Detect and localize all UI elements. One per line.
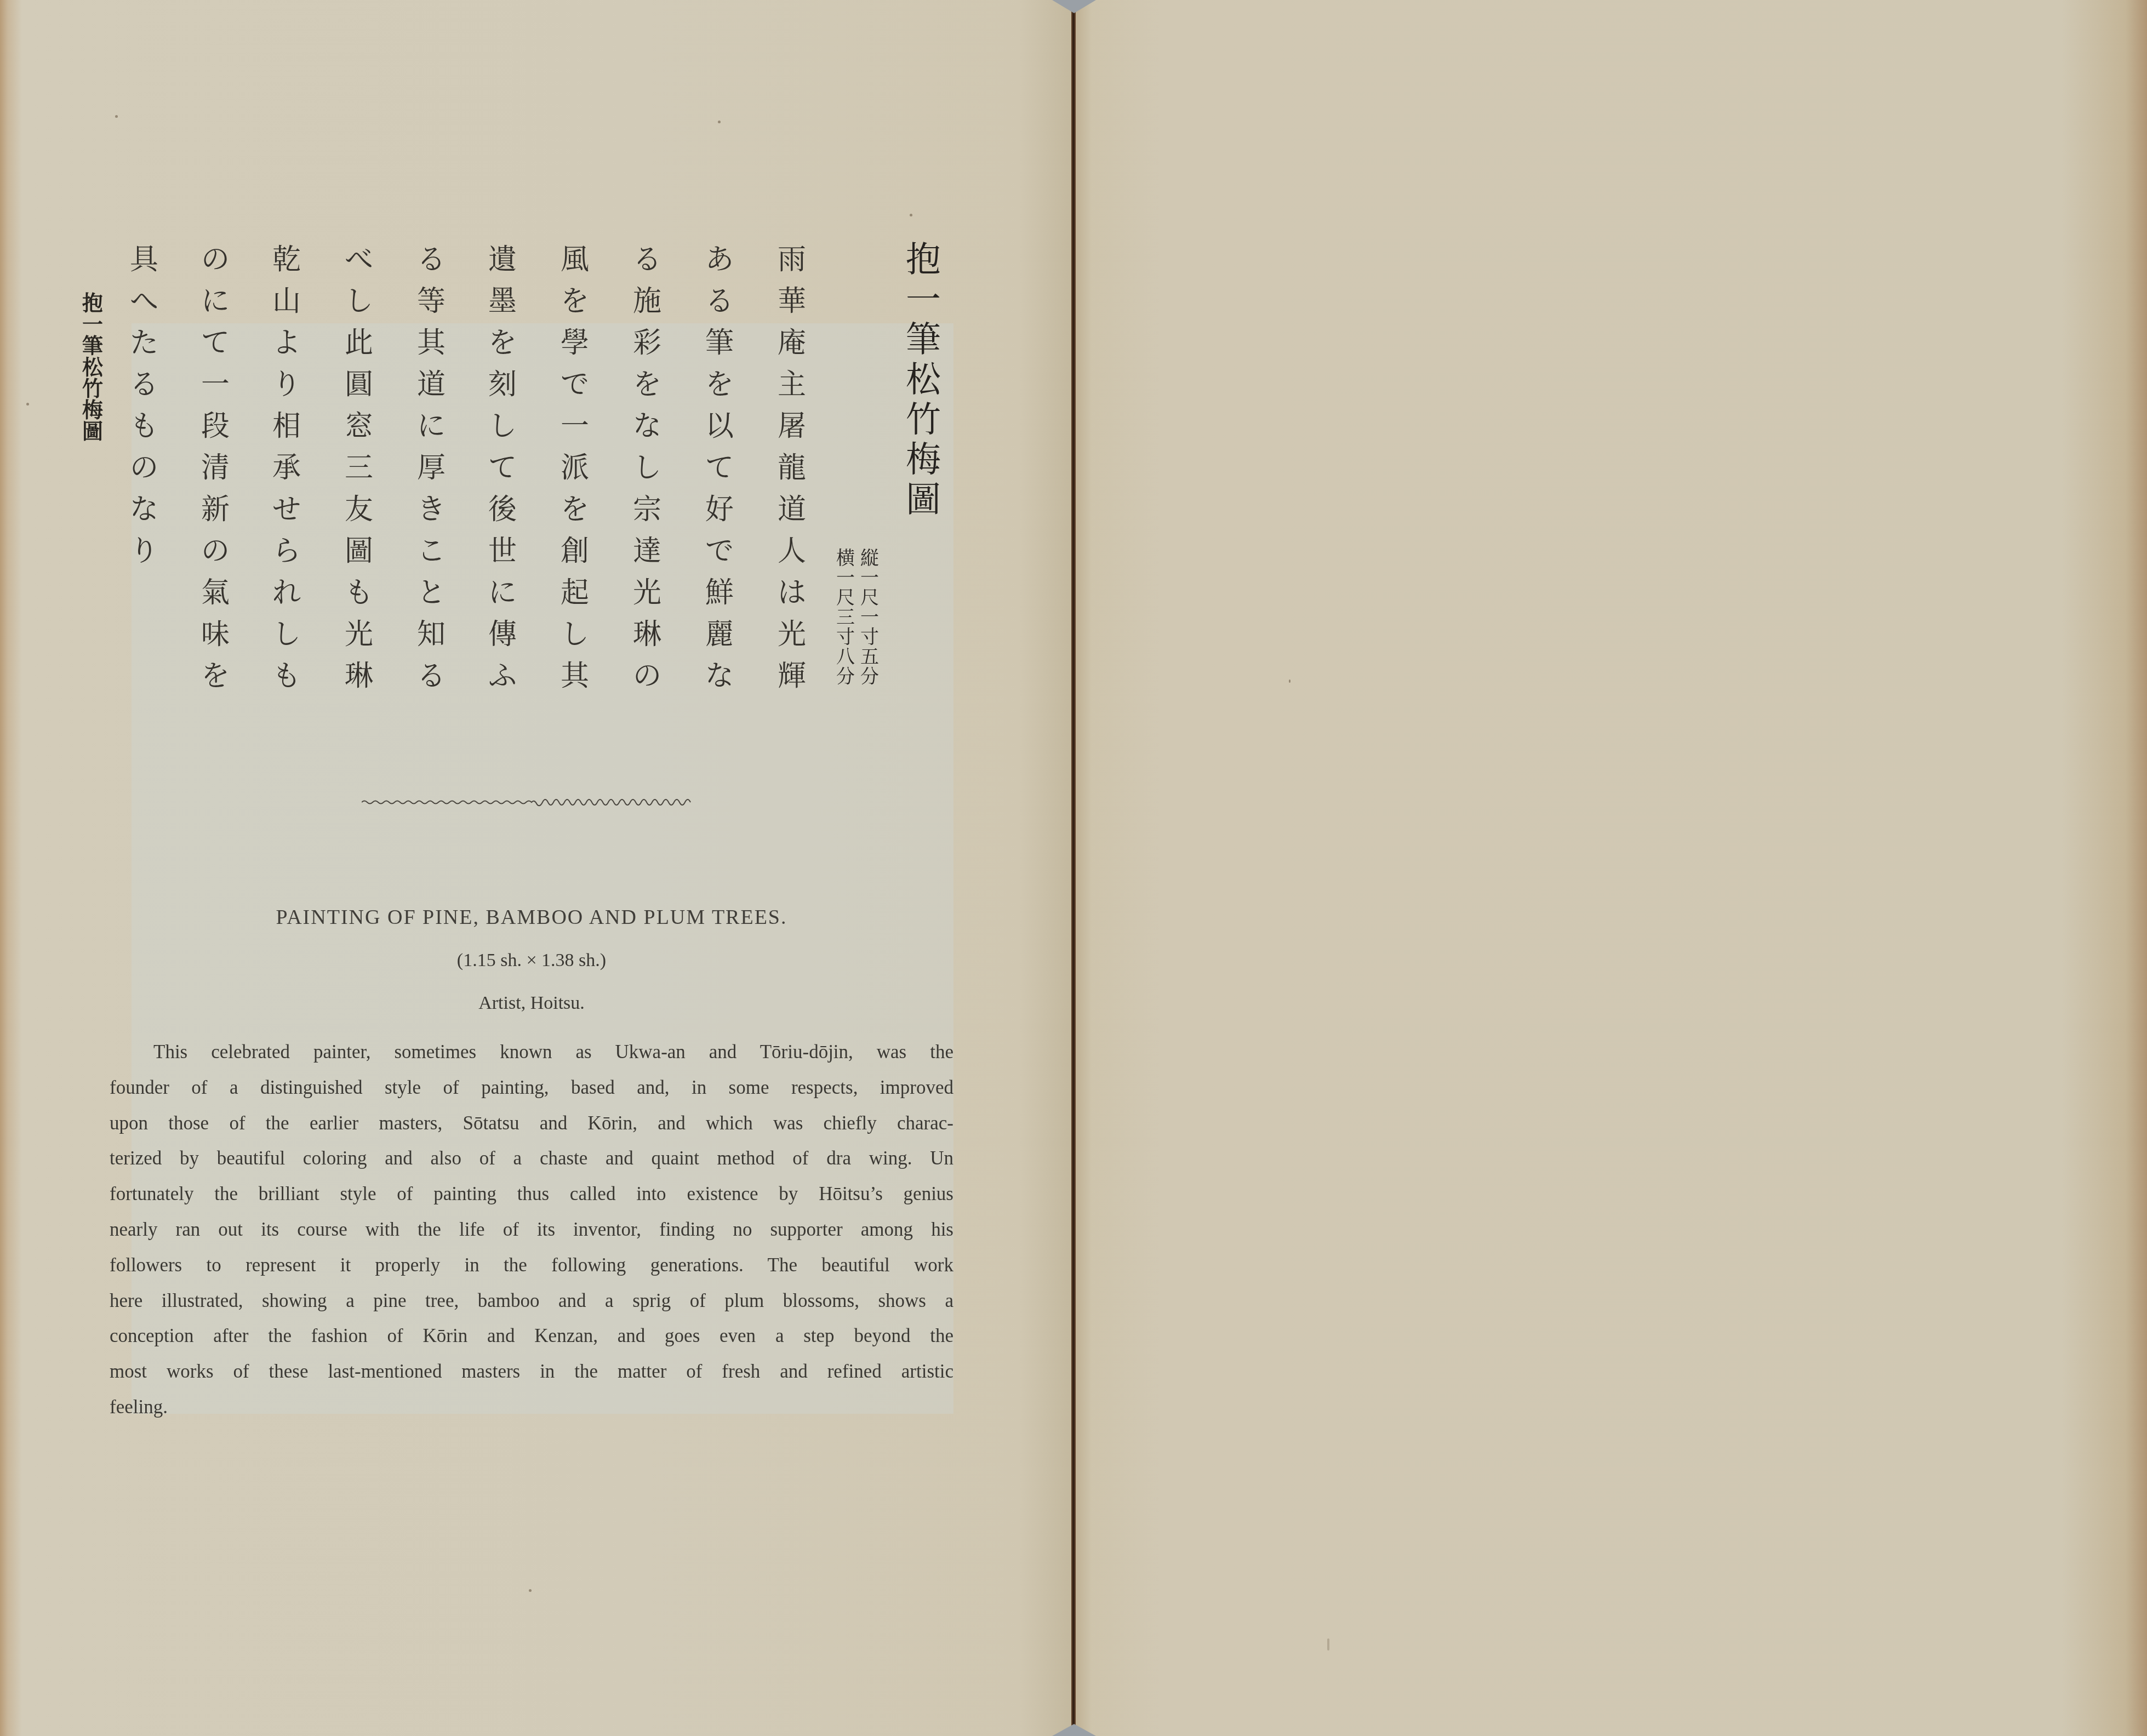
body-char: こ <box>417 537 446 566</box>
dim-char: 五 <box>860 648 879 666</box>
body-char: 達 <box>633 537 661 566</box>
body-char: 其 <box>417 329 446 357</box>
body-char: 具 <box>130 245 158 274</box>
body-char: な <box>130 495 158 524</box>
body-char: べ <box>345 245 373 274</box>
text-line: founder of a distinguished style of pain… <box>110 1070 953 1106</box>
body-char: で <box>705 537 734 566</box>
title-char: 抱 <box>906 242 941 277</box>
body-char: る <box>633 245 661 274</box>
body-char: を <box>201 662 230 690</box>
body-char: 光 <box>778 620 806 649</box>
body-char: た <box>130 329 158 357</box>
body-char: き <box>417 495 446 524</box>
text-line: most works of these last-mentioned maste… <box>110 1354 953 1390</box>
body-char: 段 <box>201 412 230 441</box>
body-char: せ <box>272 495 301 524</box>
body-char: 屠 <box>778 412 806 441</box>
paper-speck <box>910 214 912 216</box>
body-char: 人 <box>778 537 806 566</box>
title-char: 圖 <box>906 482 941 517</box>
body-char: ふ <box>488 662 517 690</box>
body-char: と <box>417 579 446 607</box>
body-char: て <box>201 329 230 357</box>
header-char: 梅 <box>82 399 103 420</box>
paper-speck <box>115 115 118 118</box>
body-char: 輝 <box>778 662 806 690</box>
body-char: て <box>488 454 517 482</box>
english-dimensions: (1.15 sh. × 1.38 sh.) <box>110 950 953 971</box>
body-char: 乾 <box>272 245 301 274</box>
paper-mark <box>1327 1638 1329 1651</box>
body-char: あ <box>705 245 734 274</box>
body-char: る <box>417 245 446 274</box>
body-char: 鮮 <box>705 579 734 607</box>
text-line: fortunately the brilliant style of paint… <box>110 1177 953 1212</box>
text-line: conception after the fashion of Kōrin an… <box>110 1318 953 1354</box>
japanese-column-1: 雨 華 庵 主 屠 龍 道 人 は 光 輝 <box>773 245 811 690</box>
body-char: の <box>130 454 158 482</box>
body-char: な <box>633 412 661 441</box>
body-char: 後 <box>488 495 517 524</box>
body-char: 彩 <box>633 329 661 357</box>
body-char: な <box>705 662 734 690</box>
body-char: 風 <box>561 245 589 274</box>
japanese-column-5: 遺 墨 を 刻 し て 後 世 に 傳 ふ <box>483 245 522 690</box>
dim-char: 分 <box>860 667 879 686</box>
body-char: 琳 <box>633 620 661 649</box>
body-char: 琳 <box>345 662 373 690</box>
body-char: 庵 <box>778 329 806 357</box>
body-char: ら <box>272 537 301 566</box>
dim-char: 一 <box>860 569 879 587</box>
body-char: 派 <box>561 454 589 482</box>
body-char: れ <box>272 579 301 607</box>
body-char: て <box>705 454 734 482</box>
body-char: の <box>633 662 661 690</box>
text-line: feeling. <box>110 1390 953 1425</box>
dim-char: 一 <box>860 608 879 627</box>
body-char: し <box>272 620 301 649</box>
wavy-divider <box>362 796 701 809</box>
body-char: に <box>201 287 230 316</box>
body-char: へ <box>130 287 158 316</box>
body-char: 雨 <box>778 245 806 274</box>
body-char: 主 <box>778 370 806 399</box>
paper-speck <box>1289 679 1291 683</box>
dim-char: 尺 <box>836 589 855 607</box>
body-char: 厚 <box>417 454 446 482</box>
body-char: 好 <box>705 495 734 524</box>
header-char: 松 <box>82 357 103 378</box>
body-char: 圓 <box>345 370 373 399</box>
body-char: る <box>417 662 446 690</box>
body-char: 龍 <box>778 454 806 482</box>
body-char: 以 <box>705 412 734 441</box>
body-char: 氣 <box>201 579 230 607</box>
body-char: 創 <box>561 537 589 566</box>
dim-char: 三 <box>836 608 855 627</box>
body-char: 世 <box>488 537 517 566</box>
body-char: 知 <box>417 620 446 649</box>
text-line: followers to represent it properly in th… <box>110 1248 953 1283</box>
body-char: 其 <box>561 662 589 690</box>
body-char: も <box>345 579 373 607</box>
body-char: 圖 <box>345 537 373 566</box>
body-char: 道 <box>778 495 806 524</box>
text-line: upon those of the earlier masters, Sōtat… <box>110 1106 953 1141</box>
dim-char: 八 <box>836 648 855 666</box>
body-char: 一 <box>561 412 589 441</box>
header-char: 筆 <box>82 335 103 356</box>
body-char: 一 <box>201 370 230 399</box>
japanese-column-8: 乾 山 よ り 相 承 せ ら れ し も <box>267 245 306 690</box>
body-char: を <box>633 370 661 399</box>
title-char: 一 <box>906 282 941 317</box>
dim-char: 寸 <box>860 628 879 647</box>
body-char: 傳 <box>488 620 517 649</box>
dim-char: 尺 <box>860 589 879 607</box>
japanese-dimension-width: 横 一 尺 三 寸 八 分 <box>833 549 858 686</box>
body-char: 山 <box>272 287 301 316</box>
dim-char: 縦 <box>860 549 879 568</box>
header-char: 一 <box>82 314 103 335</box>
body-char: 清 <box>201 454 230 482</box>
body-char: 刻 <box>488 370 517 399</box>
japanese-column-3: る 施 彩 を な し 宗 達 光 琳 の <box>628 245 666 690</box>
header-char: 圖 <box>82 421 103 442</box>
text-line: nearly ran out its course with the life … <box>110 1212 953 1248</box>
dim-char: 分 <box>836 667 855 686</box>
text-line: here illustrated, showing a pine tree, b… <box>110 1283 953 1319</box>
body-char: を <box>705 370 734 399</box>
dim-char: 横 <box>836 549 855 568</box>
english-artist: Artist, Hoitsu. <box>110 993 953 1014</box>
body-char: し <box>561 620 589 649</box>
body-char: 此 <box>345 329 373 357</box>
body-char: よ <box>272 329 301 357</box>
running-header: 抱 一 筆 松 竹 梅 圖 <box>80 293 105 442</box>
title-char: 梅 <box>906 442 941 477</box>
body-char: 道 <box>417 370 446 399</box>
body-char: も <box>130 412 158 441</box>
body-char: は <box>778 579 806 607</box>
japanese-column-7: べ し 此 圓 窓 三 友 圖 も 光 琳 <box>340 245 378 690</box>
title-char: 筆 <box>906 322 941 357</box>
japanese-column-10: 具 へ た る も の な り <box>125 245 163 566</box>
body-char: 窓 <box>345 412 373 441</box>
text-line: This celebrated painter, sometimes known… <box>110 1035 953 1070</box>
body-char: で <box>561 370 589 399</box>
body-char: 遺 <box>488 245 517 274</box>
japanese-column-6: る 等 其 道 に 厚 き こ と 知 る <box>412 245 450 690</box>
title-char: 松 <box>906 362 941 397</box>
body-char: を <box>488 329 517 357</box>
left-page: 抱 一 筆 松 竹 梅 圖 縦 一 尺 一 寸 五 分 横 一 尺 三 寸 八 … <box>0 0 1073 1736</box>
header-char: 竹 <box>82 378 103 399</box>
body-char: 學 <box>561 329 589 357</box>
body-char: に <box>417 412 446 441</box>
body-char: 華 <box>778 287 806 316</box>
paper-speck <box>26 403 29 406</box>
body-char: 麗 <box>705 620 734 649</box>
right-page <box>1075 0 2147 1736</box>
body-char: る <box>705 287 734 316</box>
body-char: 友 <box>345 495 373 524</box>
body-char: を <box>561 287 589 316</box>
japanese-column-4: 風 を 學 で 一 派 を 創 起 し 其 <box>556 245 594 690</box>
english-description: This celebrated painter, sometimes known… <box>110 1035 953 1425</box>
body-char: 宗 <box>633 495 661 524</box>
body-char: し <box>633 454 661 482</box>
body-char: の <box>201 245 230 274</box>
body-char: 筆 <box>705 329 734 357</box>
text-line: terized by beautiful coloring and also o… <box>110 1141 953 1177</box>
body-char: 墨 <box>488 287 517 316</box>
japanese-title: 抱 一 筆 松 竹 梅 圖 <box>899 242 948 517</box>
body-char: し <box>488 412 517 441</box>
body-char: り <box>130 537 158 566</box>
header-char: 抱 <box>82 293 103 313</box>
paper-speck <box>529 1589 532 1592</box>
japanese-dimension-height: 縦 一 尺 一 寸 五 分 <box>858 549 882 686</box>
english-title: PAINTING OF PINE, BAMBOO AND PLUM TREES. <box>110 905 953 929</box>
body-char: 光 <box>633 579 661 607</box>
body-char: の <box>201 537 230 566</box>
body-char: 起 <box>561 579 589 607</box>
body-char: も <box>272 662 301 690</box>
body-char: を <box>561 495 589 524</box>
body-char: 味 <box>201 620 230 649</box>
body-char: 等 <box>417 287 446 316</box>
body-char: 三 <box>345 454 373 482</box>
paper-speck <box>718 121 721 123</box>
body-char: 新 <box>201 495 230 524</box>
dim-char: 寸 <box>836 628 855 647</box>
body-char: に <box>488 579 517 607</box>
title-char: 竹 <box>906 402 941 437</box>
book-gutter <box>1071 11 1076 1726</box>
body-char: 施 <box>633 287 661 316</box>
japanese-column-2: あ る 筆 を 以 て 好 で 鮮 麗 な <box>700 245 739 690</box>
body-char: 光 <box>345 620 373 649</box>
dim-char: 一 <box>836 569 855 587</box>
body-char: る <box>130 370 158 399</box>
body-char: 承 <box>272 454 301 482</box>
japanese-column-9: の に て 一 段 清 新 の 氣 味 を <box>196 245 235 690</box>
body-char: り <box>272 370 301 399</box>
body-char: し <box>345 287 373 316</box>
body-char: 相 <box>272 412 301 441</box>
